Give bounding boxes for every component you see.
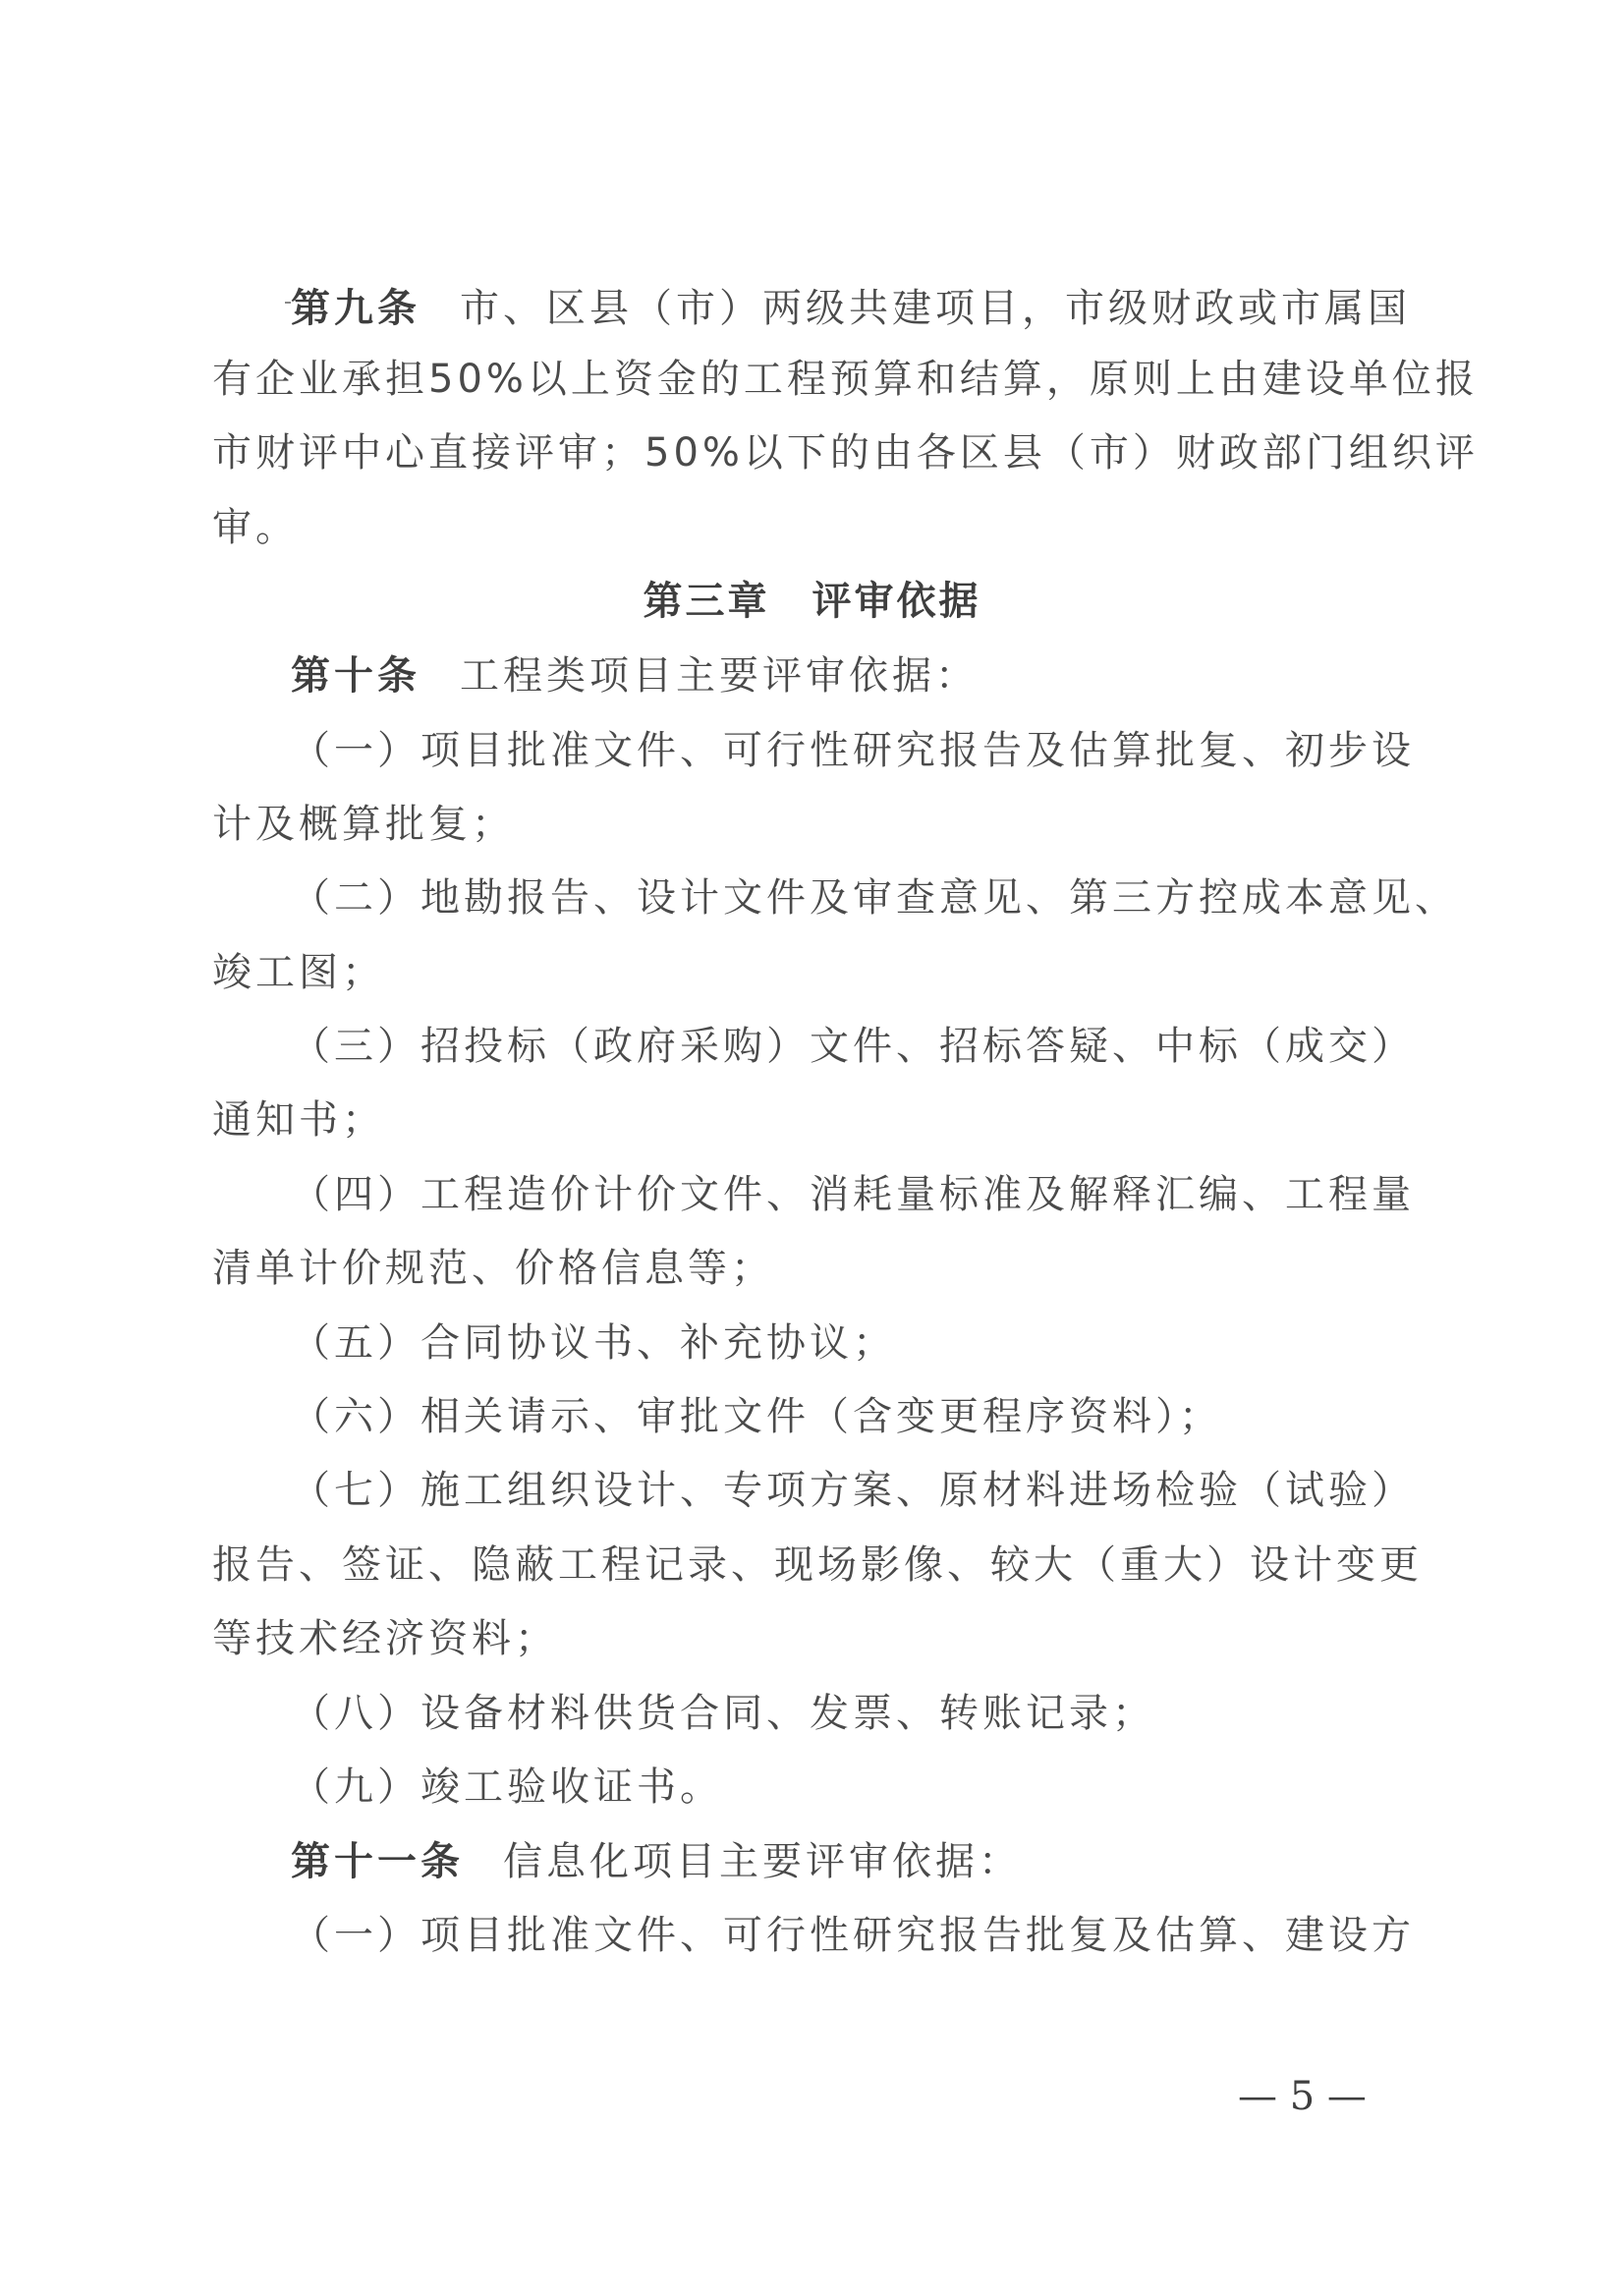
article-9-line-3: 市财评中心直接评审；50%以下的由各区县（市）财政部门组织评: [212, 429, 1430, 476]
article-10-item-7-line-3: 等技术经济资料；: [212, 1615, 1430, 1662]
article-10-item-8: （八）设备材料供货合同、发票、转账记录；: [291, 1690, 1509, 1737]
article-9-text: 市、区县（市）两级共建项目，市级财政或市属国: [460, 286, 1411, 331]
article-10-item-1-line-2: 计及概算批复；: [212, 801, 1430, 848]
article-10-intro: 工程类项目主要评审依据：: [460, 653, 979, 699]
article-10-item-9: （九）竣工验收证书。: [291, 1763, 1509, 1811]
article-9-line-4: 审。: [212, 504, 1430, 551]
article-11-intro: 信息化项目主要评审依据：: [503, 1839, 1022, 1884]
article-10-item-7-line-2: 报告、签证、隐蔽工程记录、现场影像、较大（重大）设计变更: [212, 1541, 1430, 1589]
article-11-line: 第十一条信息化项目主要评审依据：: [291, 1838, 1509, 1885]
article-10-item-5: （五）合同协议书、补充协议；: [291, 1319, 1509, 1367]
article-9-line-1: 第九条市、区县（市）两级共建项目，市级财政或市属国: [291, 285, 1509, 332]
article-10-item-3-line-1: （三）招投标（政府采购）文件、招标答疑、中标（成交）: [291, 1023, 1509, 1070]
article-9-line-2: 有企业承担50%以上资金的工程预算和结算，原则上由建设单位报: [212, 356, 1430, 403]
document-page: 第九条市、区县（市）两级共建项目，市级财政或市属国 有企业承担50%以上资金的工…: [0, 0, 1624, 2295]
article-10-item-6: （六）相关请示、审批文件（含变更程序资料）；: [291, 1393, 1509, 1440]
article-10-heading: 第十条: [291, 653, 420, 699]
article-10-line: 第十条工程类项目主要评审依据：: [291, 652, 1509, 700]
article-10-item-7-line-1: （七）施工组织设计、专项方案、原材料进场检验（试验）: [291, 1467, 1509, 1514]
chapter-title: 第三章 评审依据: [0, 578, 1624, 625]
article-9-heading: 第九条: [291, 286, 420, 331]
article-10-item-1-line-1: （一）项目批准文件、可行性研究报告及估算批复、初步设: [291, 727, 1509, 774]
article-11-item-1-line-1: （一）项目批准文件、可行性研究报告批复及估算、建设方: [291, 1912, 1509, 1959]
article-10-item-4-line-1: （四）工程造价计价文件、消耗量标准及解释汇编、工程量: [291, 1171, 1509, 1218]
article-10-item-3-line-2: 通知书；: [212, 1096, 1430, 1144]
article-10-item-2-line-2: 竣工图；: [212, 949, 1430, 996]
article-11-heading: 第十一条: [291, 1839, 464, 1884]
page-number: — 5 —: [1238, 2073, 1367, 2120]
article-10-item-2-line-1: （二）地勘报告、设计文件及审查意见、第三方控成本意见、: [291, 874, 1509, 922]
article-10-item-4-line-2: 清单计价规范、价格信息等；: [212, 1245, 1430, 1292]
